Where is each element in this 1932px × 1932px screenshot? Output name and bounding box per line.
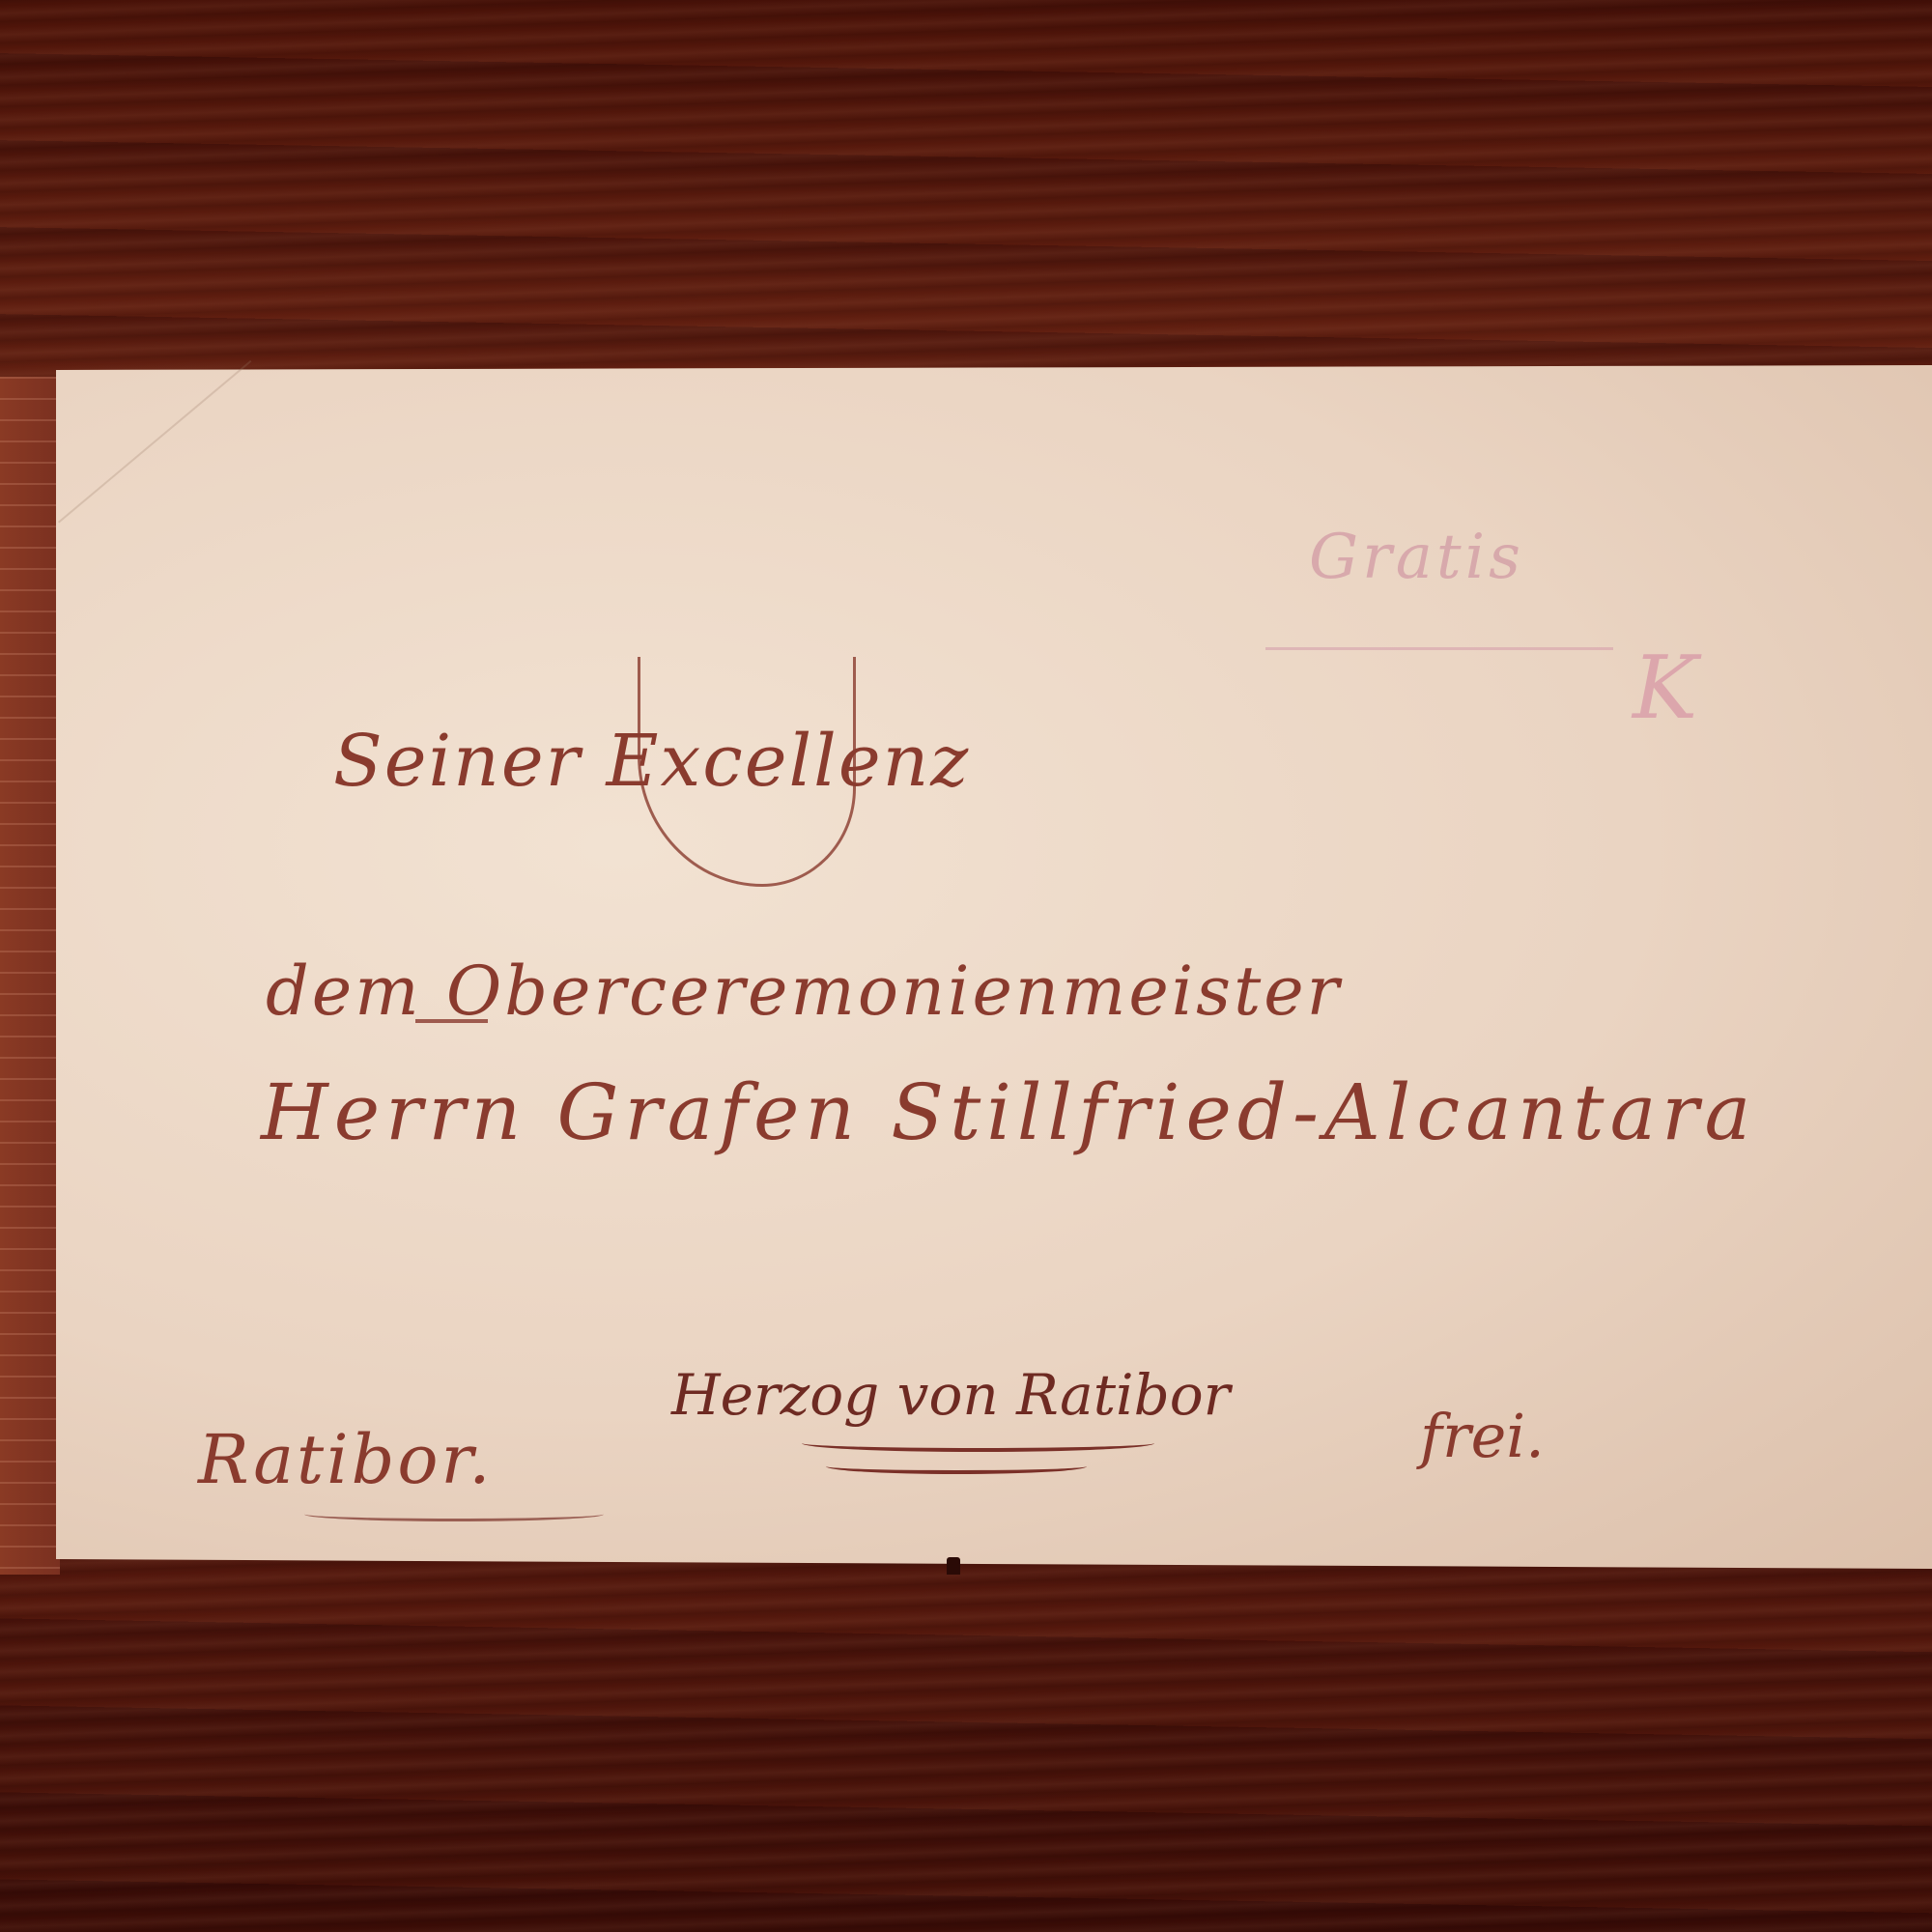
- pencil-annotation: Gratis: [1309, 522, 1524, 593]
- wooden-table-edge: [0, 377, 60, 1575]
- ink-underline-place: [304, 1507, 604, 1521]
- sender-signature: Herzog von Ratibor: [671, 1362, 1230, 1428]
- ink-underline-signature-2: [826, 1459, 1087, 1474]
- ink-dash: [415, 1019, 488, 1023]
- pencil-mark: K: [1633, 638, 1697, 739]
- sender-place: Ratibor.: [198, 1420, 494, 1499]
- ink-underline-signature: [802, 1435, 1154, 1452]
- paper-tear-notch: [947, 1557, 960, 1575]
- postage-note: frei.: [1420, 1401, 1545, 1471]
- address-line-recipient: Herrn Grafen Stillfried-Alcantara: [261, 1067, 1756, 1157]
- pencil-underline: [1265, 647, 1613, 650]
